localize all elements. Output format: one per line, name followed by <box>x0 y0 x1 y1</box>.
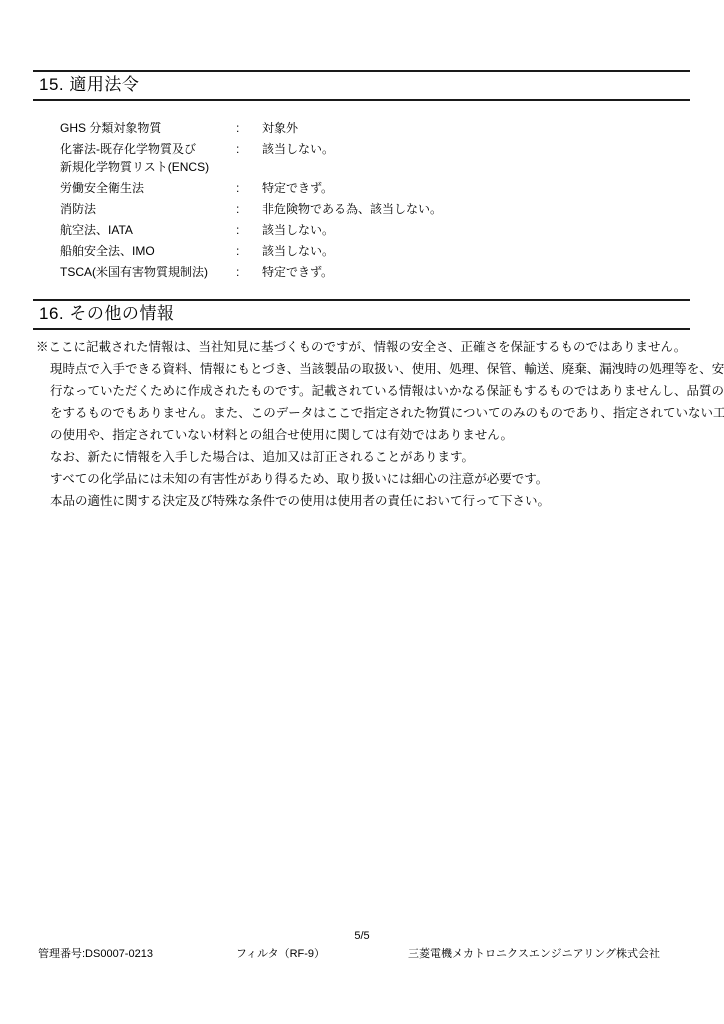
page-number: 5/5 <box>0 929 724 944</box>
law-row-shoubouhou: 消防法 : 非危険物である為、該当しない。 <box>60 200 690 218</box>
law-row-ghs: GHS 分類対象物質 : 対象外 <box>60 119 690 137</box>
law-value: 特定できず。 <box>262 263 690 281</box>
law-value: 非危険物である為、該当しない。 <box>262 200 690 218</box>
section-16-header: 16. その他の情報 <box>33 299 690 330</box>
law-label: 航空法、IATA <box>60 221 236 239</box>
law-label: TSCA(米国有害物質規制法) <box>60 263 236 281</box>
colon-separator: : <box>236 119 262 137</box>
colon-separator: : <box>236 140 262 158</box>
law-label: 船舶安全法、IMO <box>60 242 236 260</box>
section-15-header: 15. 適用法令 <box>33 70 690 101</box>
colon-separator: : <box>236 221 262 239</box>
law-row-koukuuhou-iata: 航空法、IATA : 該当しない。 <box>60 221 690 239</box>
section-16-title: 16. その他の情報 <box>39 304 690 324</box>
law-row-tsca: TSCA(米国有害物質規制法) : 特定できず。 <box>60 263 690 281</box>
law-row-kashinhou: 化審法-既存化学物質及び 新規化学物質リスト(ENCS) : 該当しない。 <box>60 140 690 176</box>
colon-separator: : <box>236 242 262 260</box>
colon-separator: : <box>236 263 262 281</box>
section-15-title: 15. 適用法令 <box>39 75 690 95</box>
document-control-number: 管理番号:DS0007-0213 <box>38 947 153 961</box>
disclaimer-notes: ※ここに記載された情報は、当社知見に基づくものですが、情報の安全さ、正確さを保証… <box>36 336 694 512</box>
note-line: すべての化学品には未知の有害性があり得るため、取り扱いには細心の注意が必要です。 <box>36 468 694 490</box>
law-row-senpaku-imo: 船舶安全法、IMO : 該当しない。 <box>60 242 690 260</box>
law-label: GHS 分類対象物質 <box>60 119 236 137</box>
note-line: ※ここに記載された情報は、当社知見に基づくものですが、情報の安全さ、正確さを保証… <box>36 336 694 358</box>
colon-separator: : <box>236 179 262 197</box>
note-line: なお、新たに情報を入手した場合は、追加又は訂正されることがあります。 <box>36 446 694 468</box>
sds-document-page: 15. 適用法令 GHS 分類対象物質 : 対象外 化審法-既存化学物質及び 新… <box>0 0 724 1024</box>
law-value: 特定できず。 <box>262 179 690 197</box>
note-line: 現時点で入手できる資料、情報にもとづき、当該製品の取扱い、使用、処理、保管、輸送… <box>36 358 694 380</box>
law-label: 労働安全衛生法 <box>60 179 236 197</box>
note-line: をするものでもありません。また、このデータはここで指定された物質についてのみのも… <box>36 402 694 424</box>
note-line: 行なっていただくために作成されたものです。記載されている情報はいかなる保証もする… <box>36 380 694 402</box>
law-value: 対象外 <box>262 119 690 137</box>
page-footer: 5/5 管理番号:DS0007-0213 フィルタ（RF-9） 三菱電機メカトロ… <box>0 929 724 961</box>
law-row-roudou-anzen: 労働安全衛生法 : 特定できず。 <box>60 179 690 197</box>
law-value: 該当しない。 <box>262 242 690 260</box>
company-name: 三菱電機メカトロニクスエンジニアリング株式会社 <box>408 947 660 961</box>
law-value: 該当しない。 <box>262 221 690 239</box>
section-16: 16. その他の情報 ※ここに記載された情報は、当社知見に基づくものですが、情報… <box>0 299 724 512</box>
product-name: フィルタ（RF-9） <box>236 947 325 961</box>
note-line: 本品の適性に関する決定及び特殊な条件での使用は使用者の責任において行って下さい。 <box>36 490 694 512</box>
law-label: 化審法-既存化学物質及び <box>60 140 236 158</box>
applicable-laws-table: GHS 分類対象物質 : 対象外 化審法-既存化学物質及び 新規化学物質リスト(… <box>60 119 690 281</box>
note-line: の使用や、指定されていない材料との組合せ使用に関しては有効ではありません。 <box>36 424 694 446</box>
section-15: 15. 適用法令 GHS 分類対象物質 : 対象外 化審法-既存化学物質及び 新… <box>0 70 724 281</box>
law-label: 消防法 <box>60 200 236 218</box>
law-label-line2: 新規化学物質リスト(ENCS) <box>60 158 236 176</box>
colon-separator: : <box>236 200 262 218</box>
law-value: 該当しない。 <box>262 140 690 158</box>
